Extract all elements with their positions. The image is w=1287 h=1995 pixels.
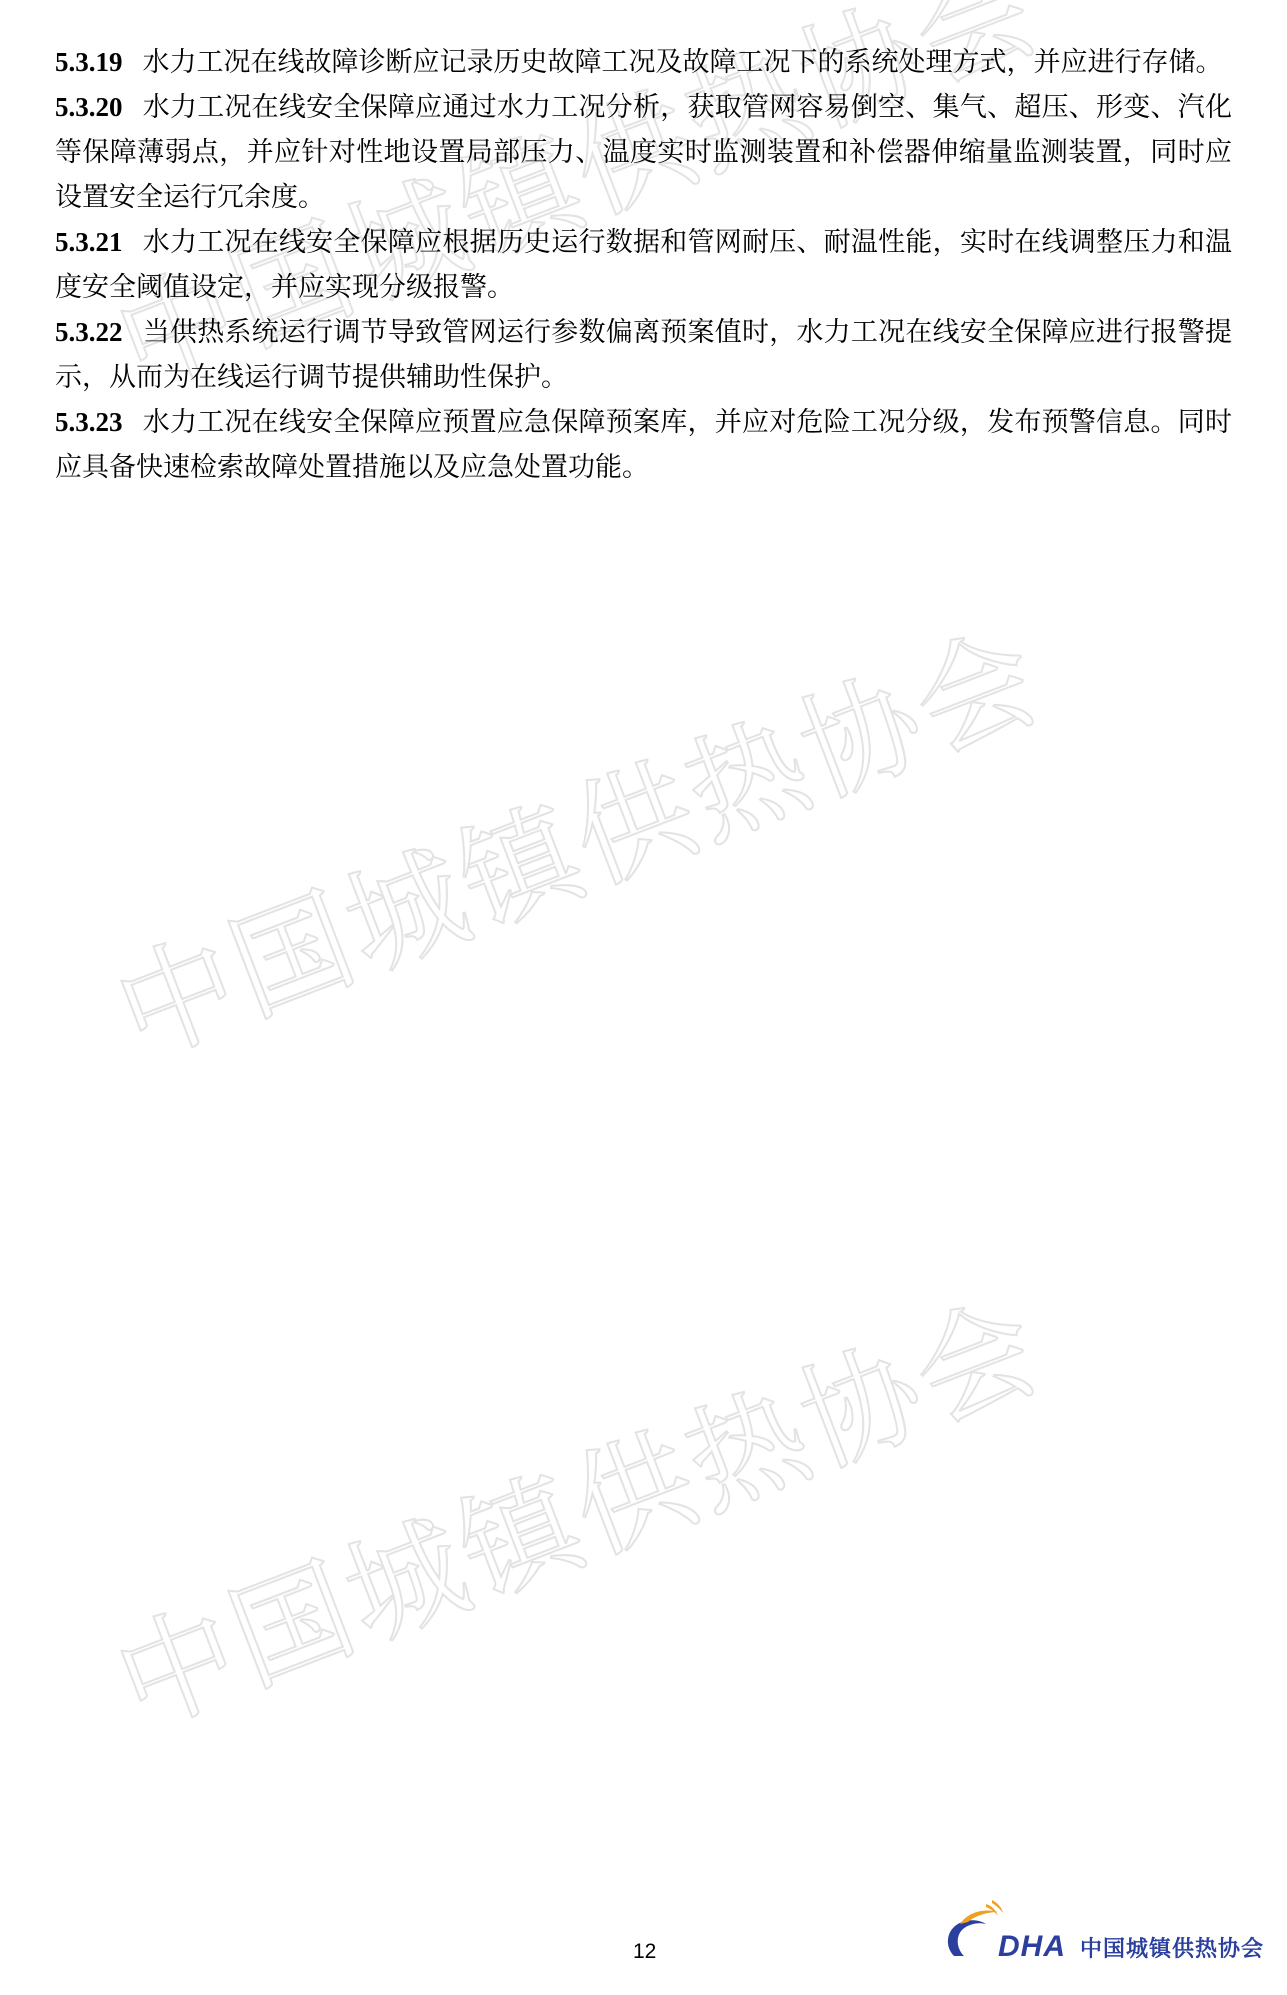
watermark-text: 中国城镇供热协会 — [89, 582, 1061, 1090]
clause-text: 水力工况在线故障诊断应记录历史故障工况及故障工况下的系统处理方式，并应进行存储。 — [143, 47, 1223, 78]
watermark-bottom: 中国城镇供热协会 — [0, 1440, 1287, 1840]
clause-number: 5.3.19 — [55, 47, 123, 77]
clause-text: 当供热系统运行调节导致管网运行参数偏离预案值时，水力工况在线安全保障应进行报警提… — [55, 317, 1232, 393]
watermark-middle: 中国城镇供热协会 — [0, 770, 1287, 1170]
logo-abbr: DHA — [998, 1930, 1066, 1964]
clause-number: 5.3.21 — [55, 227, 123, 257]
clause-number: 5.3.22 — [55, 317, 123, 347]
document-body: 5.3.19水力工况在线故障诊断应记录历史故障工况及故障工况下的系统处理方式，并… — [55, 40, 1232, 490]
clause-5-3-19: 5.3.19水力工况在线故障诊断应记录历史故障工况及故障工况下的系统处理方式，并… — [55, 40, 1232, 85]
clause-text: 水力工况在线安全保障应预置应急保障预案库，并应对危险工况分级，发布预警信息。同时… — [55, 407, 1232, 483]
clause-number: 5.3.23 — [55, 407, 123, 437]
logo-org-name: 中国城镇供热协会 — [1080, 1932, 1264, 1963]
clause-5-3-21: 5.3.21水力工况在线安全保障应根据历史运行数据和管网耐压、耐温性能，实时在线… — [55, 220, 1232, 310]
clause-5-3-22: 5.3.22当供热系统运行调节导致管网运行参数偏离预案值时，水力工况在线安全保障… — [55, 310, 1232, 400]
clause-text: 水力工况在线安全保障应根据历史运行数据和管网耐压、耐温性能，实时在线调整压力和温… — [55, 227, 1232, 303]
clause-number: 5.3.20 — [55, 92, 123, 122]
watermark-text: 中国城镇供热协会 — [89, 1252, 1061, 1760]
cdha-logo: DHA 中国城镇供热协会 — [940, 1898, 1270, 1968]
clause-5-3-20: 5.3.20水力工况在线安全保障应通过水力工况分析，获取管网容易倒空、集气、超压… — [55, 85, 1232, 220]
clause-5-3-23: 5.3.23水力工况在线安全保障应预置应急保障预案库，并应对危险工况分级，发布预… — [55, 400, 1232, 490]
clause-text: 水力工况在线安全保障应通过水力工况分析，获取管网容易倒空、集气、超压、形变、汽化… — [55, 92, 1232, 213]
page-number: 12 — [633, 1940, 656, 1964]
